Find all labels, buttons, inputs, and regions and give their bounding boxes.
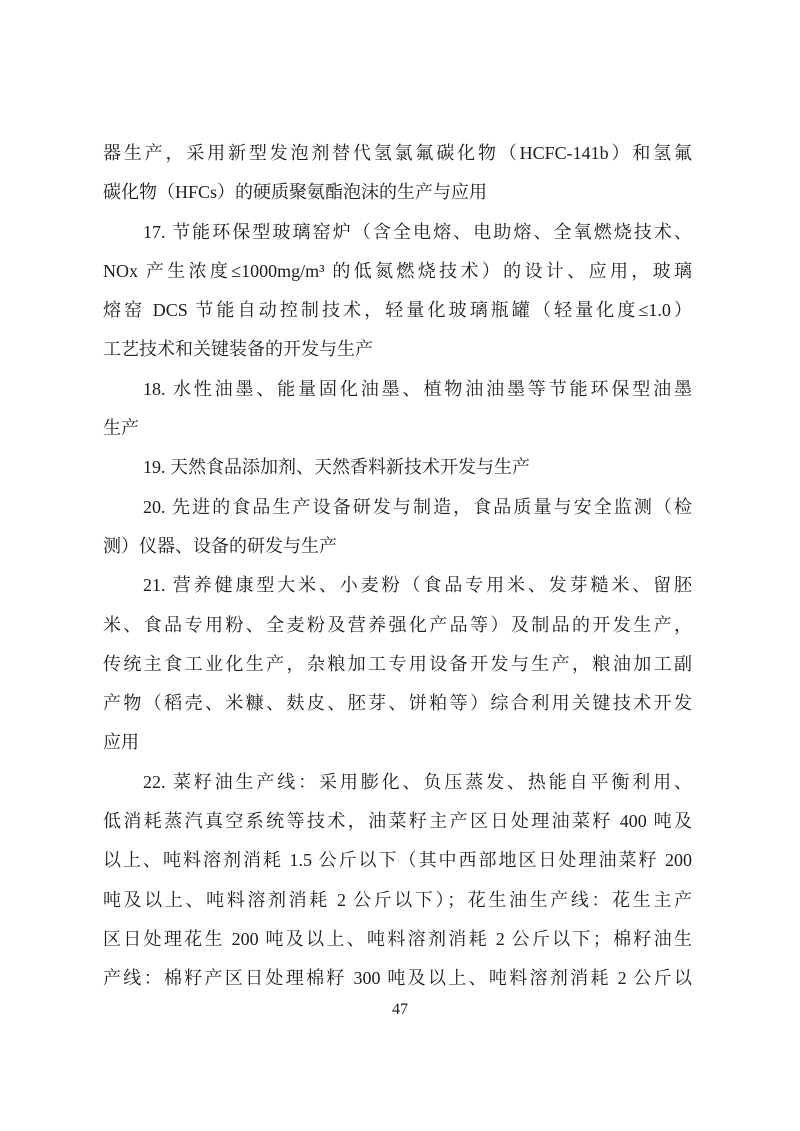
text-line: 21. 营养健康型大米、小麦粉（食品专用米、发芽糙米、留胚 — [103, 566, 692, 605]
text-line: 碳化物（HFCs）的硬质聚氨酯泡沫的生产与应用 — [103, 173, 692, 212]
text-line: 20. 先进的食品生产设备研发与制造，食品质量与安全监测（检 — [103, 488, 692, 527]
text-line: 19. 天然食品添加剂、天然香料新技术开发与生产 — [103, 448, 692, 487]
text-line: 生产 — [103, 409, 692, 448]
text-line: 熔窑 DCS 节能自动控制技术，轻量化玻璃瓶罐（轻量化度≤1.0） — [103, 291, 692, 330]
text-line: 区日处理花生 200 吨及以上、吨料溶剂消耗 2 公斤以下；棉籽油生 — [103, 920, 692, 959]
text-line: 吨及以上、吨料溶剂消耗 2 公斤以下）；花生油生产线：花生主产 — [103, 881, 692, 920]
text-line: 以上、吨料溶剂消耗 1.5 公斤以下（其中西部地区日处理油菜籽 200 — [103, 841, 692, 880]
text-line: NOx 产生浓度≤1000mg/m³ 的低氮燃烧技术）的设计、应用，玻璃 — [103, 252, 692, 291]
text-line: 工艺技术和关键装备的开发与生产 — [103, 330, 692, 369]
text-line: 22. 菜籽油生产线：采用膨化、负压蒸发、热能自平衡利用、 — [103, 763, 692, 802]
page-body-text: 器生产，采用新型发泡剂替代氢氯氟碳化物（HCFC-141b）和氢氟碳化物（HFC… — [103, 134, 692, 999]
text-line: 应用 — [103, 723, 692, 762]
text-line: 传统主食工业化生产，杂粮加工专用设备开发与生产，粮油加工副 — [103, 645, 692, 684]
text-line: 测）仪器、设备的研发与生产 — [103, 527, 692, 566]
text-line: 米、食品专用粉、全麦粉及营养强化产品等）及制品的开发生产， — [103, 606, 692, 645]
text-line: 低消耗蒸汽真空系统等技术，油菜籽主产区日处理油菜籽 400 吨及 — [103, 802, 692, 841]
document-page: 器生产，采用新型发泡剂替代氢氯氟碳化物（HCFC-141b）和氢氟碳化物（HFC… — [0, 0, 800, 1131]
text-line: 产线：棉籽产区日处理棉籽 300 吨及以上、吨料溶剂消耗 2 公斤以 — [103, 959, 692, 998]
page-number: 47 — [0, 1000, 800, 1020]
text-line: 18. 水性油墨、能量固化油墨、植物油油墨等节能环保型油墨 — [103, 370, 692, 409]
text-line: 产物（稻壳、米糠、麸皮、胚芽、饼粕等）综合利用关键技术开发 — [103, 684, 692, 723]
text-line: 17. 节能环保型玻璃窑炉（含全电熔、电助熔、全氧燃烧技术、 — [103, 213, 692, 252]
text-line: 器生产，采用新型发泡剂替代氢氯氟碳化物（HCFC-141b）和氢氟 — [103, 134, 692, 173]
